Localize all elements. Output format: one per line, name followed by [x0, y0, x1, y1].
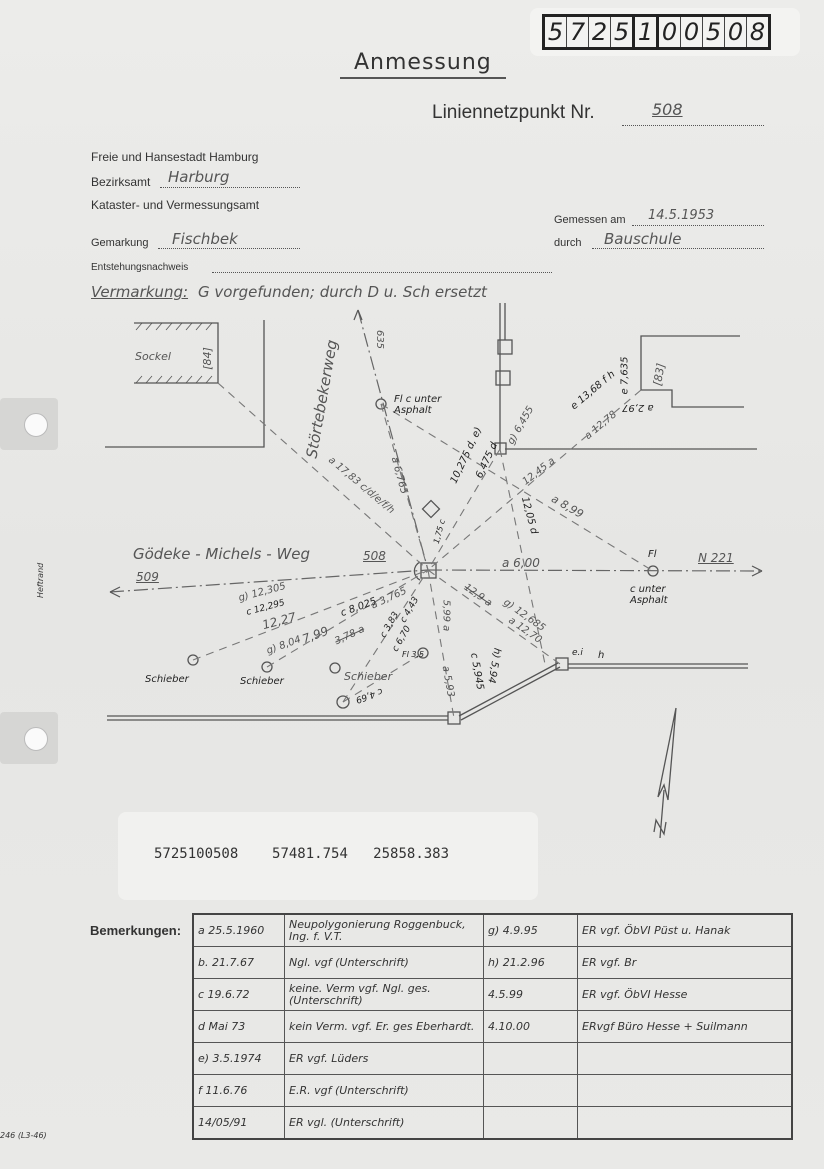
- building-number-84: [84]: [201, 347, 214, 370]
- remark-text: ER vgf. ÖbVI Püst u. Hanak: [578, 914, 793, 947]
- annotation: a 6,00: [502, 556, 540, 570]
- table-row: a 25.5.1960 Neupolygonierung Roggenbuck,…: [193, 914, 792, 947]
- annotation: h: [598, 650, 604, 661]
- remark-text: ER vgf. Lüders: [285, 1043, 484, 1075]
- remark-date: 4.10.00: [484, 1011, 578, 1043]
- table-row: b. 21.7.67 Ngl. vgf (Unterschrift) h) 21…: [193, 947, 792, 979]
- remark-date: e) 3.5.1974: [193, 1043, 285, 1075]
- point-n221-label: N 221: [698, 551, 734, 565]
- remark-text: [578, 1043, 793, 1075]
- remark-text: Ngl. vgf (Unterschrift): [285, 947, 484, 979]
- point-id: 5725100508: [154, 846, 238, 862]
- schieber-label: Schieber: [240, 676, 284, 687]
- remark-text: keine. Verm vgf. Ngl. ges. (Unterschrift…: [285, 979, 484, 1011]
- remarks-label: Bemerkungen:: [90, 923, 181, 938]
- remark-date: f 11.6.76: [193, 1075, 285, 1107]
- remark-text: E.R. vgf (Unterschrift): [285, 1075, 484, 1107]
- table-row: f 11.6.76 E.R. vgf (Unterschrift): [193, 1075, 792, 1107]
- annotation: e.i: [572, 648, 583, 658]
- annotation: a 2,97: [622, 402, 654, 413]
- coordinate-label: 5725100508 57481.754 25858.383: [118, 812, 538, 900]
- point-509-label: 509: [136, 570, 159, 584]
- remark-text: [578, 1107, 793, 1140]
- table-row: e) 3.5.1974 ER vgf. Lüders: [193, 1043, 792, 1075]
- remark-date: a 25.5.1960: [193, 914, 285, 947]
- remark-date: 4.5.99: [484, 979, 578, 1011]
- remark-text: [578, 1075, 793, 1107]
- annotation: e 7,635: [619, 357, 630, 395]
- remark-text: kein Verm. vgf. Er. ges Eberhardt.: [285, 1011, 484, 1043]
- remark-date: h) 21.2.96: [484, 947, 578, 979]
- street-goedeke-michels-weg: Gödeke - Michels - Weg: [133, 545, 310, 563]
- coordinate-x: 57481.754: [272, 846, 348, 862]
- annotation: Fl: [648, 549, 657, 560]
- remark-text: ERvgf Büro Hesse + Suilmann: [578, 1011, 793, 1043]
- point-508-label: 508: [363, 549, 386, 563]
- remark-text: ER vgf. ÖbVI Hesse: [578, 979, 793, 1011]
- remark-date: c 19.6.72: [193, 979, 285, 1011]
- schieber-label: Schieber: [344, 670, 392, 683]
- remark-date: g) 4.9.95: [484, 914, 578, 947]
- point-635-label: 635: [374, 330, 385, 349]
- coordinate-y: 25858.383: [373, 846, 449, 862]
- binding-margin-label: Heftrand: [36, 563, 45, 598]
- survey-sheet: 5 7 2 5 1 0 0 5 0 8 Anmessung Liniennetz…: [0, 0, 824, 1169]
- remark-date: [484, 1043, 578, 1075]
- remark-date: b. 21.7.67: [193, 947, 285, 979]
- coordinate-readout: 5725100508 57481.754 25858.383: [154, 846, 449, 862]
- annotation: Fl 3,5: [402, 650, 424, 659]
- form-number: 246 (L3-46): [0, 1131, 47, 1140]
- remark-text: ER vgf. Br: [578, 947, 793, 979]
- table-row: c 19.6.72 keine. Verm vgf. Ngl. ges. (Un…: [193, 979, 792, 1011]
- schieber-label: Schieber: [145, 674, 189, 685]
- remark-date: d Mai 73: [193, 1011, 285, 1043]
- table-row: 14/05/91 ER vgl. (Unterschrift): [193, 1107, 792, 1140]
- annotation: c unter Asphalt: [630, 584, 690, 606]
- sockel-label: Sockel: [135, 350, 171, 363]
- annotation: 5,99 a: [440, 600, 451, 632]
- remark-text: ER vgl. (Unterschrift): [285, 1107, 484, 1140]
- table-row: d Mai 73 kein Verm. vgf. Er. ges Eberhar…: [193, 1011, 792, 1043]
- annotation: Fl c unter Asphalt: [394, 394, 474, 416]
- remark-date: 14/05/91: [193, 1107, 285, 1140]
- remark-text: Neupolygonierung Roggenbuck, Ing. f. V.T…: [285, 914, 484, 947]
- remark-date: [484, 1107, 578, 1140]
- remark-date: [484, 1075, 578, 1107]
- remarks-table: a 25.5.1960 Neupolygonierung Roggenbuck,…: [192, 913, 793, 1140]
